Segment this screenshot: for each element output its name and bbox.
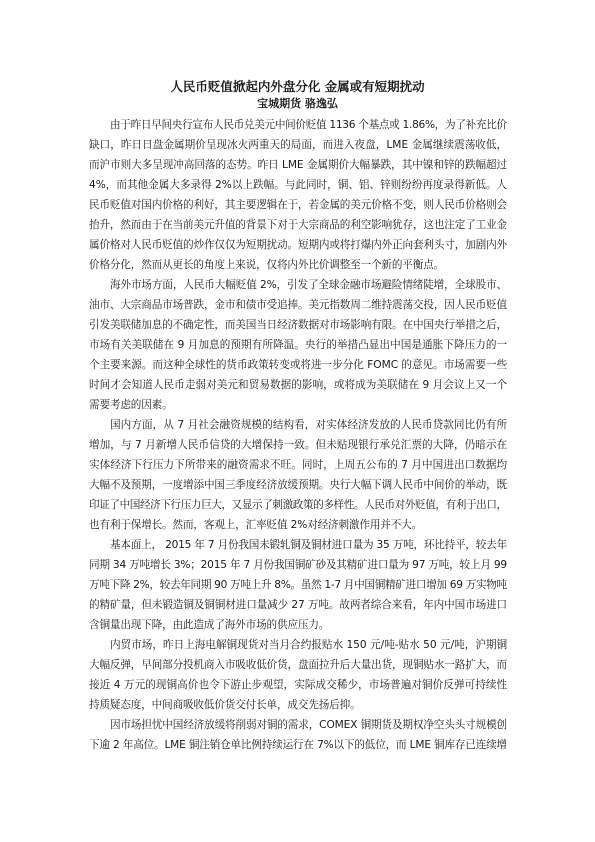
document-author: 宝城期货 骆逸弘 [0,95,595,113]
paragraph-fundamentals: 基本面上， 2015 年 7 月份我国未锻轧铜及铜材进口量为 35 万吨，环比持… [89,535,507,635]
text-line: 持质疑态度，中间商吸收低价货交付长单，成交先扬后抑。 [89,695,507,715]
paragraph-rmb-depreciation: 由于昨日早间央行宣布人民币兑美元中间价贬值 1136 个基点或 1.86%，为了… [89,115,507,275]
text-line: 内贸市场，昨日上海电解铜现货对当月合约报贴水 150 元/吨-贴水 50 元/吨… [89,635,507,655]
text-line: 因市场担忧中国经济放缓将削弱对铜的需求，COMEX 铜期货及期权净空头头寸规模创 [89,715,507,735]
text-line: 4%，而其他金属大多录得 2%以上跌幅。与此同时，铜、铝、锌则纷纷再度录得新低。… [89,175,507,195]
text-line: 市场有关美联储在 9 月加息的预期有所降温。央行的举措凸显出中国是通胀下降压力的… [89,335,507,355]
text-line: 属价格对人民币贬值的炒作仅仅为短期扰动。短期内或将打爆内外正向套利头寸，加剧内外 [89,235,507,255]
text-line: 时间才会知道人民币走弱对美元和贸易数据的影响，或将成为美联储在 9 月会议上又一… [89,375,507,395]
text-line: 接近 4 万元的现铜高价也令下游止步观望，实际成交稀少，市场普遍对铜价反弹可持续… [89,675,507,695]
text-line: 同期 34 万吨增长 3%；2015 年 7 月份我国铜矿砂及其精矿进口量为 9… [89,555,507,575]
text-line: 个主要来源。而这种全球性的货币政策转变或将进一步分化 FOMC 的意见。市场需要… [89,355,507,375]
document-page: 人民币贬值掀起内外盘分化 金属或有短期扰动 宝城期货 骆逸弘 由于昨日早间央行宣… [0,0,595,842]
text-line: 民币贬值对国内价格的利好，其主要逻辑在于，若金属的美元价格不变，则人民币价格则会 [89,195,507,215]
text-line: 含铜量出现下降，由此造成了海外市场的供应压力。 [89,615,507,635]
text-line: 国内方面，从 7 月社会融资规模的结构看，对实体经济发放的人民币贷款同比仍有所 [89,415,507,435]
paragraph-overseas-market: 海外市场方面，人民币大幅贬值 2%，引发了全球金融市场避险情绪陡增，全球股市、 … [89,275,507,415]
text-line: 油市、大宗商品市场普跌，金市和债市受追捧。美元指数周二维持震荡交投，因人民币贬值 [89,295,507,315]
text-line: 增加，与 7 月新增人民币信贷的大增保持一致。但未贴现银行承兑汇票的大降，仍暗示… [89,435,507,455]
text-line: 由于昨日早间央行宣布人民币兑美元中间价贬值 1136 个基点或 1.86%，为了… [89,115,507,135]
text-line: 抬升，然而由于在当前美元升值的背景下对于大宗商品的利空影响犹存，这也注定了工业金 [89,215,507,235]
paragraph-domestic-trade: 内贸市场，昨日上海电解铜现货对当月合约报贴水 150 元/吨-贴水 50 元/吨… [89,635,507,715]
text-line: 下逾 2 年高位。LME 铜注销仓单比例持续运行在 7%以下的低位，而 LME … [89,735,507,755]
text-line: 而沪市则大多呈现冲高回落的态势。昨日 LME 金属期价大幅暴跌，其中镍和锌的跌幅… [89,155,507,175]
text-line: 也有利于保增长。然而，客观上，汇率贬值 2%对经济刺激作用并不大。 [89,515,507,535]
text-line: 大幅反弹，早间部分投机商入市吸收低价货，盘面拉升后大量出货，现铜贴水一路扩大，而 [89,655,507,675]
text-line: 需要考虑的因素。 [89,395,507,415]
text-line: 引发美联储加息的不确定性，而美国当日经济数据对市场影响有限。在中国央行举措之后， [89,315,507,335]
text-line: 大幅不及预期，一度增添中国三季度经济放缓预期。央行大幅下调人民币中间价的举动，既 [89,475,507,495]
paragraph-comex-lme: 因市场担忧中国经济放缓将削弱对铜的需求，COMEX 铜期货及期权净空头头寸规模创… [89,715,507,755]
document-body: 由于昨日早间央行宣布人民币兑美元中间价贬值 1136 个基点或 1.86%，为了… [89,115,507,755]
text-line: 实体经济下行压力下所带来的融资需求不旺。同时，上周五公布的 7 月中国进出口数据… [89,455,507,475]
text-line: 价格分化，然而从更长的角度上来说，仅将内外比价调整至一个新的平衡点。 [89,255,507,275]
text-line: 的精矿量，但未锻造铜及铜铜材进口量减少 27 万吨。故两者综合来看，年内中国市场… [89,595,507,615]
text-line: 缺口，昨日日盘金属期价呈现冰火两重天的局面，而进入夜盘，LME 金属继续震荡收低… [89,135,507,155]
document-title: 人民币贬值掀起内外盘分化 金属或有短期扰动 [0,78,595,96]
text-line: 海外市场方面，人民币大幅贬值 2%，引发了全球金融市场避险情绪陡增，全球股市、 [89,275,507,295]
text-line: 基本面上， 2015 年 7 月份我国未锻轧铜及铜材进口量为 35 万吨，环比持… [89,535,507,555]
paragraph-domestic: 国内方面，从 7 月社会融资规模的结构看，对实体经济发放的人民币贷款同比仍有所 … [89,415,507,535]
text-line: 印证了中国经济下行压力巨大，又显示了刺激政策的多样性。人民币对外贬值，有利于出口… [89,495,507,515]
text-line: 万吨下降 2%，较去年同期 90 万吨上升 8%。虽然 1-7 月中国铜精矿进口… [89,575,507,595]
